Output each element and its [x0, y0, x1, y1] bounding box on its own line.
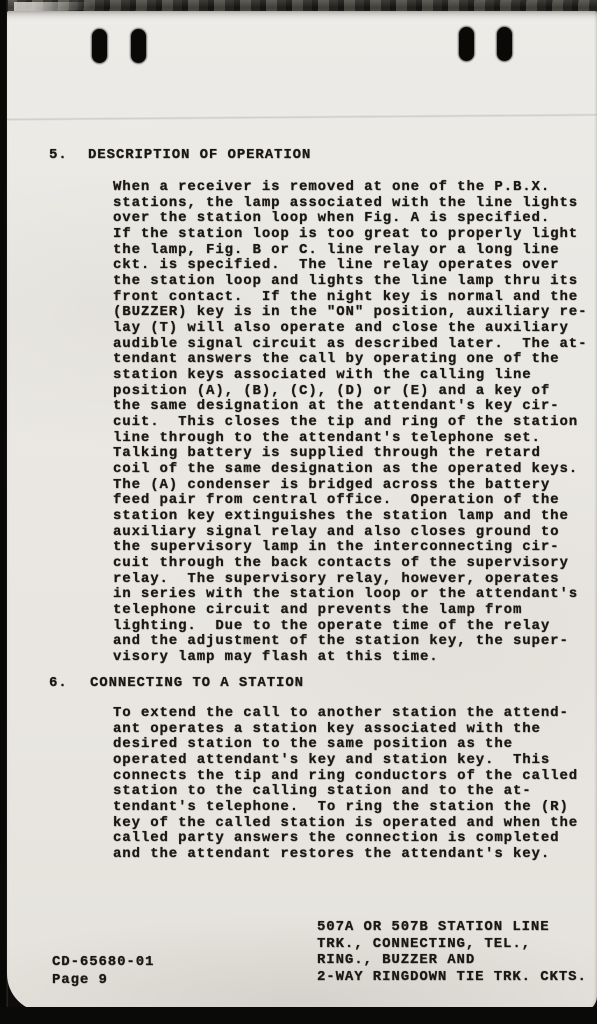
section-5-body-text: When a receiver is removed at one of the…: [113, 180, 587, 666]
paper-crease-line: [7, 113, 597, 122]
punch-hole: [497, 27, 512, 61]
punch-hole: [459, 27, 474, 61]
section-5-number: 5.: [49, 148, 68, 164]
section-5-title: DESCRIPTION OF OPERATION: [88, 148, 311, 164]
footer-circuit-title-block: 507A OR 507B STATION LINE TRK., CONNECTI…: [317, 919, 587, 985]
punch-hole: [92, 29, 107, 63]
paper-fold-highlight: [14, 2, 104, 11]
scanned-document-page: 5. DESCRIPTION OF OPERATION When a recei…: [0, 0, 597, 1024]
scan-bottom-edge: [0, 1007, 597, 1024]
footer-document-number: CD-65680-01: [52, 955, 154, 971]
section-6-title: CONNECTING TO A STATION: [90, 676, 304, 692]
punch-hole: [131, 29, 146, 63]
paper-sheet: 5. DESCRIPTION OF OPERATION When a recei…: [7, 11, 597, 1012]
section-6-number: 6.: [49, 676, 68, 692]
section-6-body-text: To extend the call to another station th…: [113, 706, 578, 863]
footer-page-number: Page 9: [52, 973, 108, 989]
